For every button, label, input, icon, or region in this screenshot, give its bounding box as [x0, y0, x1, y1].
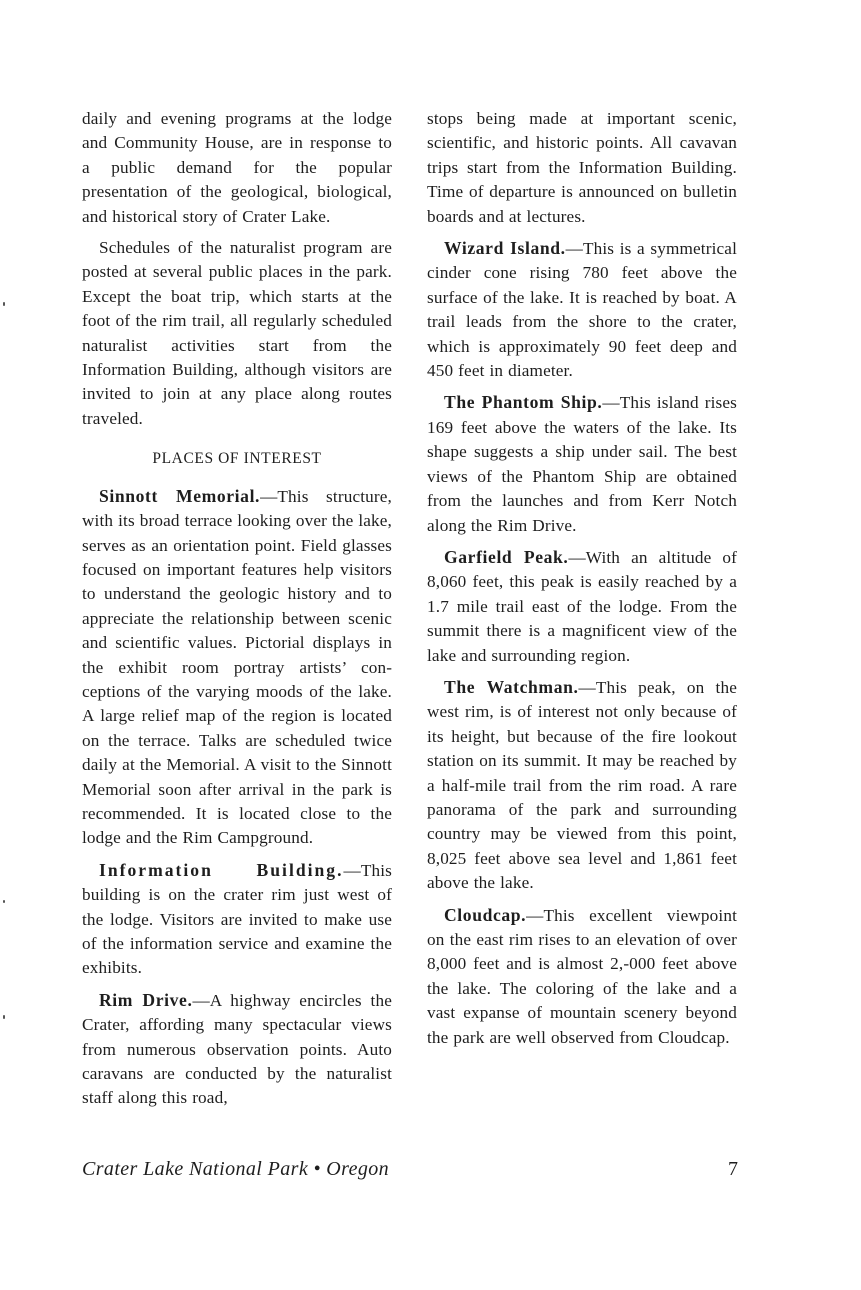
entry-title: The Watchman.: [444, 677, 578, 697]
entry-title: Sinnott Memorial.: [99, 486, 260, 506]
section-heading-places-of-interest: PLACES OF INTEREST: [82, 447, 392, 471]
scan-speck: [3, 302, 5, 306]
intro-continuation-paragraph: daily and evening programs at the lodge …: [82, 107, 392, 229]
running-title: Crater Lake National Park • Oregon: [82, 1158, 389, 1181]
left-column: daily and evening programs at the lodge …: [82, 107, 392, 1118]
rim-drive-continuation-paragraph: stops being made at important scenic, sc…: [427, 107, 737, 229]
entry-title: Rim Drive.: [99, 990, 192, 1010]
entry-phantom-ship: The Phantom Ship.—This island rises 169 …: [427, 390, 737, 537]
entry-body: —This peak, on the west rim, is of inter…: [427, 678, 737, 892]
entry-information-building: Information Building.—This building is o…: [82, 858, 392, 981]
entry-body: —This struc­ture, with its broad terrace…: [82, 487, 392, 848]
entry-title: Garfield Peak.: [444, 547, 568, 567]
schedules-paragraph: Schedules of the naturalist program are …: [82, 236, 392, 431]
entry-body: —This excellent view­point on the east r…: [427, 906, 737, 1047]
entry-title: Wizard Island.: [444, 238, 566, 258]
entry-rim-drive: Rim Drive.—A highway encircles the Crate…: [82, 988, 392, 1111]
entry-garfield-peak: Garfield Peak.—With an altitude of 8,060…: [427, 545, 737, 668]
scan-speck: [3, 1015, 5, 1019]
entry-the-watchman: The Watchman.—This peak, on the west rim…: [427, 675, 737, 896]
entry-body: —This is a sym­metrical cinder cone risi…: [427, 239, 737, 380]
entry-body: —This island rises 169 feet above the wa…: [427, 393, 737, 534]
entry-wizard-island: Wizard Island.—This is a sym­metrical ci…: [427, 236, 737, 383]
right-column: stops being made at important scenic, sc…: [427, 107, 737, 1057]
entry-title: The Phantom Ship.: [444, 392, 602, 412]
entry-title: Information Building.: [99, 860, 344, 880]
page-footer: Crater Lake National Park • Oregon 7: [82, 1158, 738, 1188]
entry-title: Cloudcap.: [444, 905, 526, 925]
entry-sinnott-memorial: Sinnott Memorial.—This struc­ture, with …: [82, 484, 392, 851]
page-number: 7: [728, 1158, 738, 1181]
entry-cloudcap: Cloudcap.—This excellent view­point on t…: [427, 903, 737, 1050]
scan-speck: [3, 900, 5, 903]
